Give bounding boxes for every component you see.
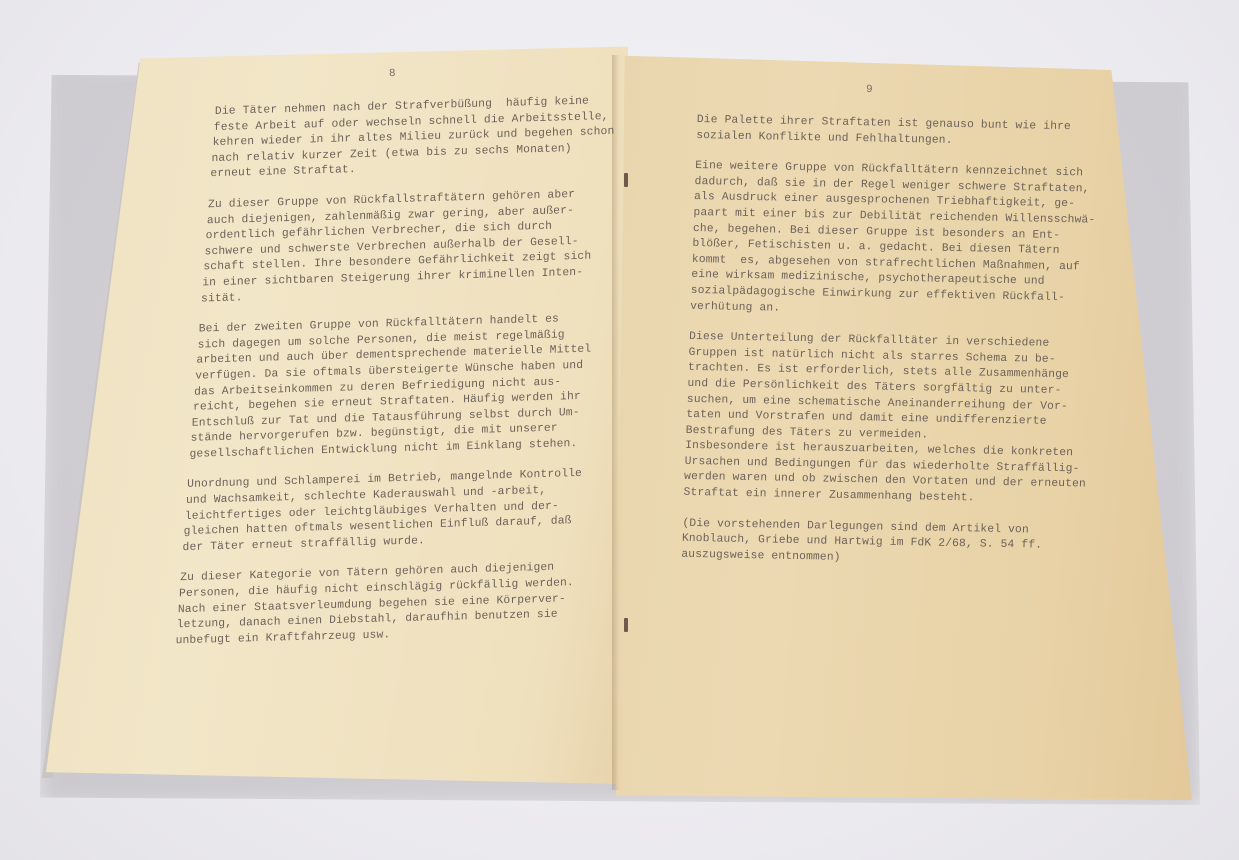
photo-scene: 8 9 Die Täter nehmen nach der Strafverbü… bbox=[0, 0, 1239, 860]
paragraph: Unordnung und Schlamperei im Betrieb, ma… bbox=[212, 467, 612, 556]
left-page-number: 8 bbox=[389, 68, 396, 80]
right-page-body: Die Palette ihrer Straftaten ist genauso… bbox=[684, 113, 1098, 586]
right-page-number: 9 bbox=[866, 84, 873, 96]
paragraph: Eine weitere Gruppe von Rückfalltätern k… bbox=[691, 159, 1096, 323]
paragraph: Zu dieser Kategorie von Tätern gehören a… bbox=[211, 560, 611, 649]
paragraph: Die Palette ihrer Straftaten ist genauso… bbox=[696, 113, 1098, 152]
paragraph: Bei der zweiten Gruppe von Rückfalltäter… bbox=[213, 311, 614, 463]
paragraph: Diese Unterteilung der Rückfalltäter in … bbox=[686, 330, 1092, 509]
paragraph: Die Täter nehmen nach der Strafverbüßung… bbox=[214, 94, 614, 183]
paragraph: Zu dieser Gruppe von Rückfallstraftätern… bbox=[214, 187, 614, 307]
paragraph: (Die vorstehenden Darlegungen sind dem A… bbox=[684, 517, 1086, 571]
staple-top bbox=[624, 173, 628, 187]
staple-bottom bbox=[624, 618, 628, 632]
left-page-body: Die Täter nehmen nach der Strafverbüßung… bbox=[211, 94, 615, 664]
